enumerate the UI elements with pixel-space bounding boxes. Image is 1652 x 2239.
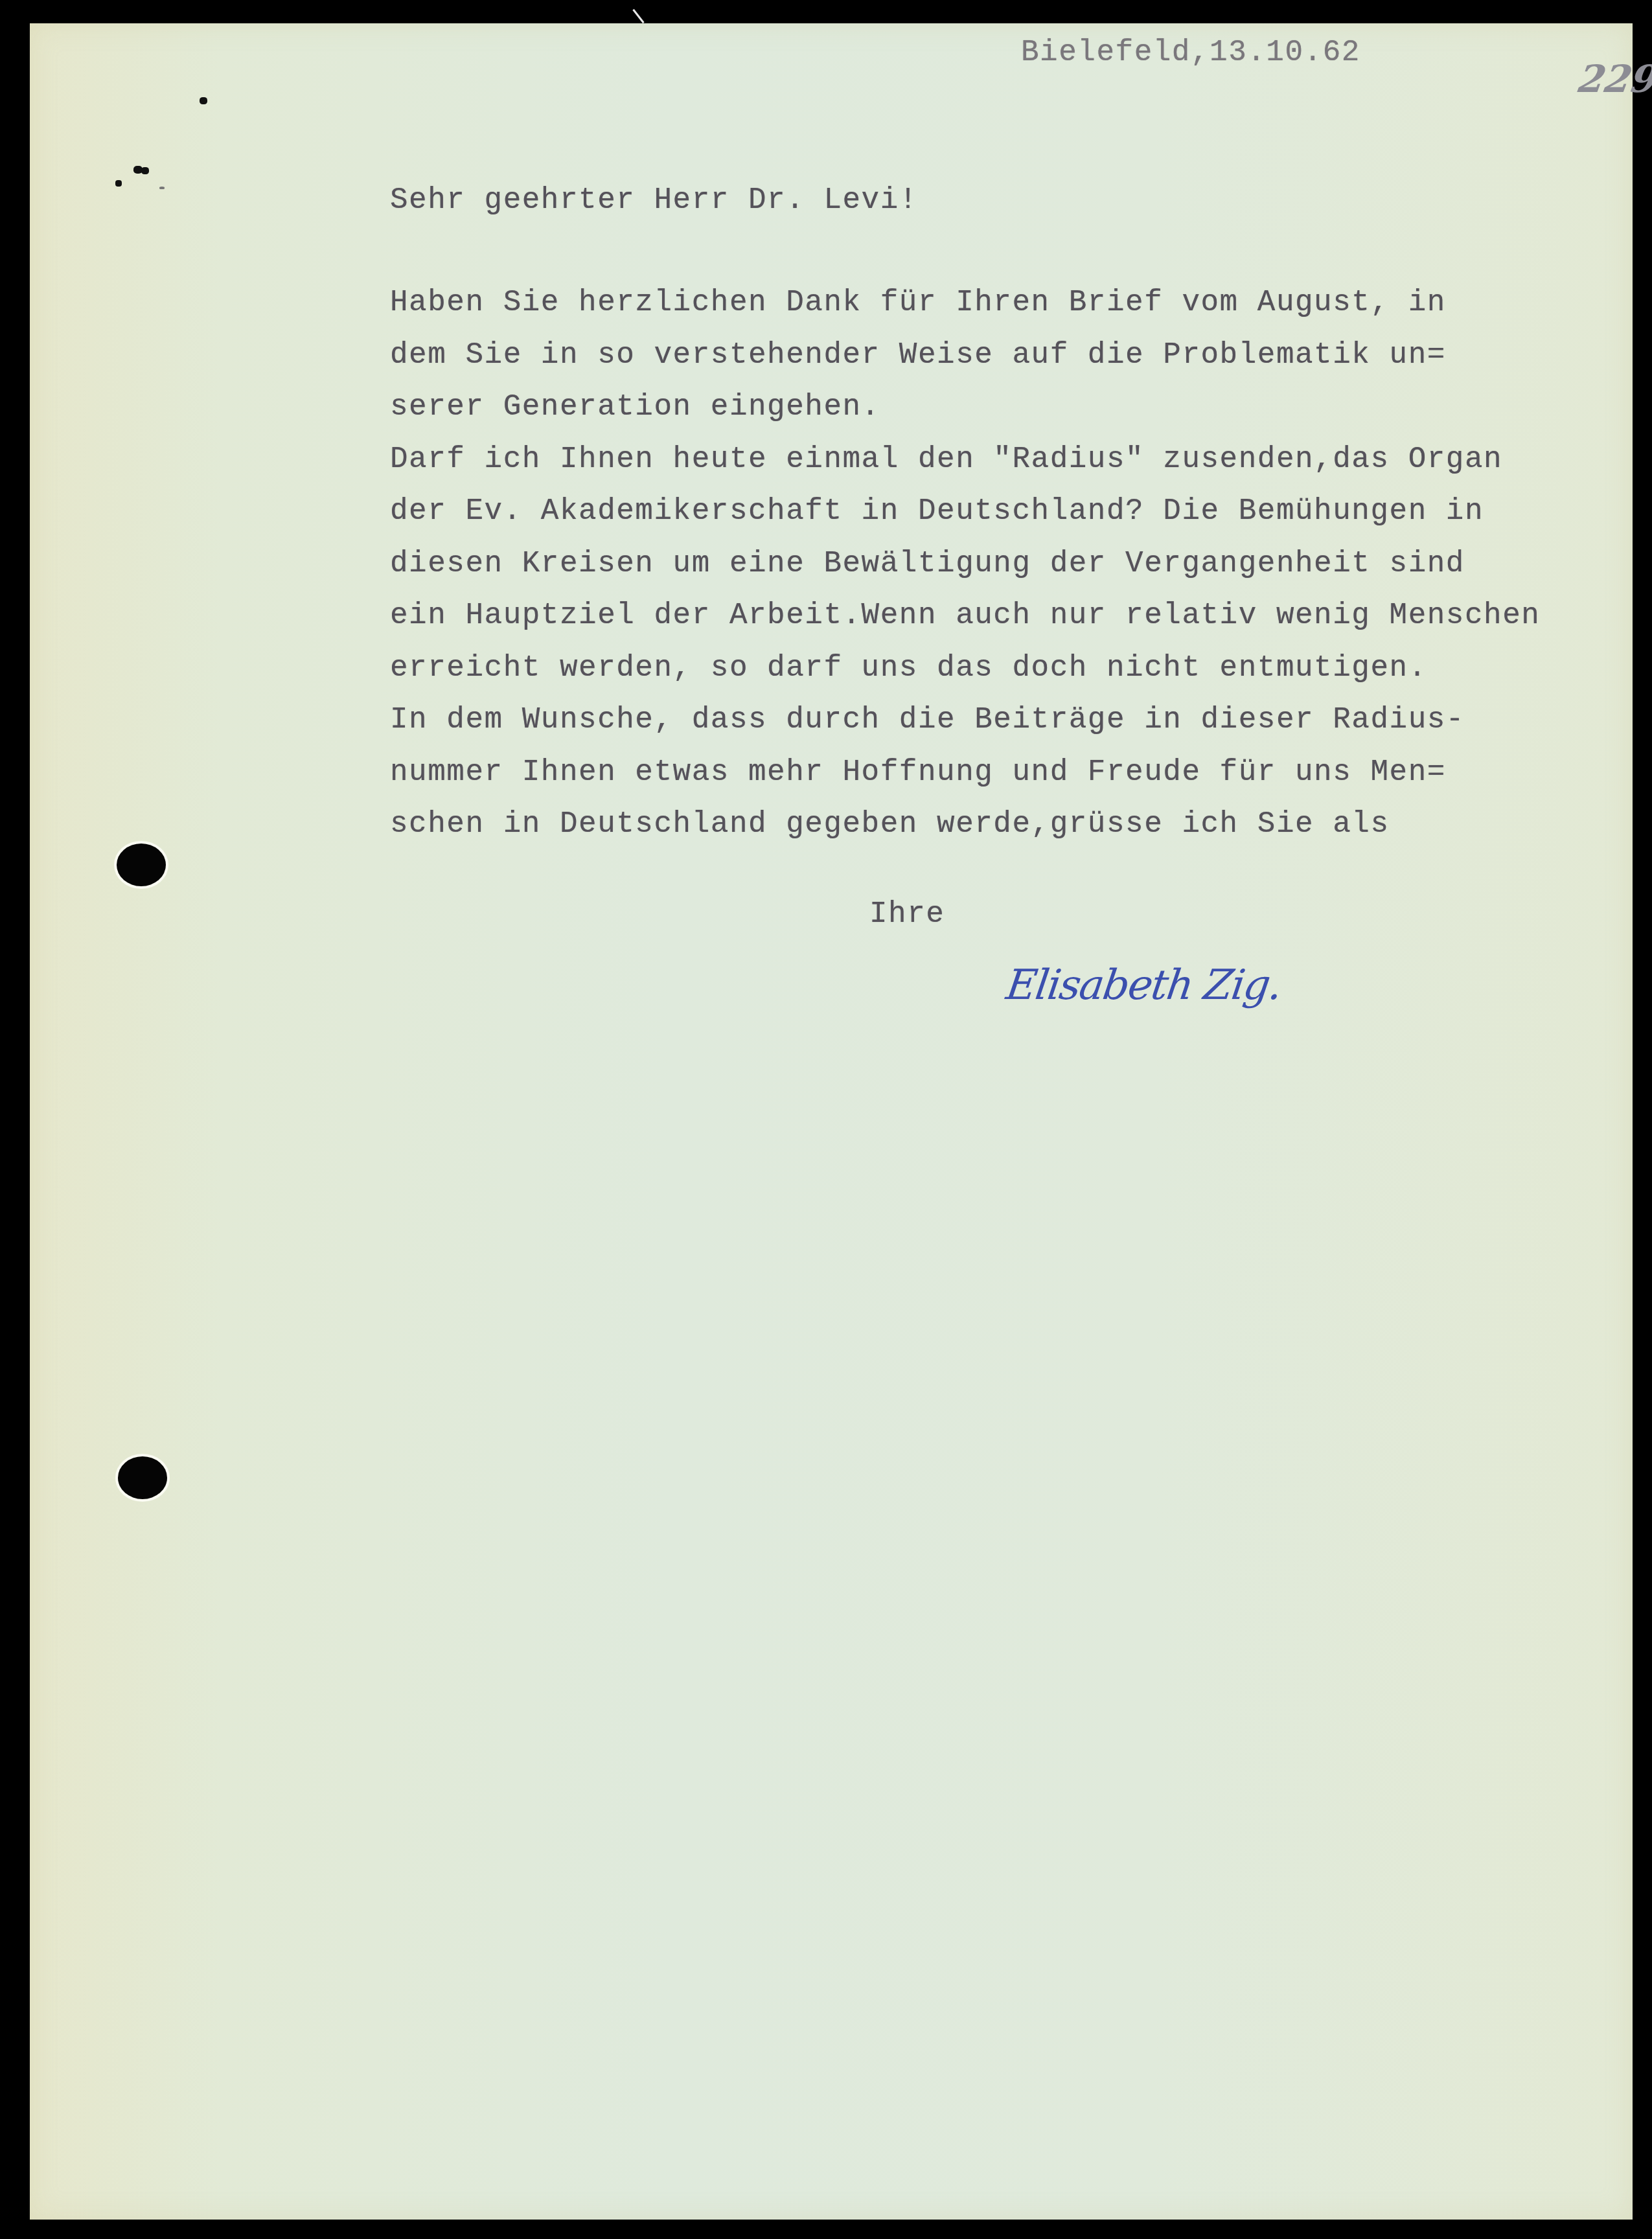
body-line: Darf ich Ihnen heute einmal den "Radius"… xyxy=(390,444,1540,497)
handwritten-signature: Elisabeth Zig. xyxy=(1004,961,1284,1009)
closing: Ihre xyxy=(869,899,945,929)
letter-page: Bielefeld,13.10.62 229 Sehr geehrter Her… xyxy=(30,23,1633,2220)
punch-hole-icon xyxy=(117,844,166,886)
body-line: nummer Ihnen etwas mehr Hoffnung und Fre… xyxy=(390,757,1540,810)
body-line: Haben Sie herzlichen Dank für Ihren Brie… xyxy=(390,288,1540,340)
paper-speck xyxy=(141,167,149,174)
body-line: der Ev. Akademikerschaft in Deutschland?… xyxy=(390,496,1540,549)
paper-speck xyxy=(159,187,165,189)
paper-speck xyxy=(115,180,122,187)
body-line: diesen Kreisen um eine Bewältigung der V… xyxy=(390,549,1540,601)
archive-page-number: 229 xyxy=(1576,57,1652,101)
body-line: serer Generation eingehen. xyxy=(390,392,1540,444)
punch-hole-icon xyxy=(118,1456,167,1499)
body-line: erreicht werden, so darf uns das doch ni… xyxy=(390,653,1540,706)
body-line: In dem Wunsche, dass durch die Beiträge … xyxy=(390,705,1540,757)
body-line: dem Sie in so verstehender Weise auf die… xyxy=(390,340,1540,393)
salutation: Sehr geehrter Herr Dr. Levi! xyxy=(390,185,918,215)
body-line: schen in Deutschland gegeben werde,grüss… xyxy=(390,809,1540,862)
paper-speck xyxy=(200,97,207,104)
place-and-date: Bielefeld,13.10.62 xyxy=(1021,38,1360,67)
body-line: ein Hauptziel der Arbeit.Wenn auch nur r… xyxy=(390,601,1540,653)
letter-body: Haben Sie herzlichen Dank für Ihren Brie… xyxy=(390,288,1540,862)
